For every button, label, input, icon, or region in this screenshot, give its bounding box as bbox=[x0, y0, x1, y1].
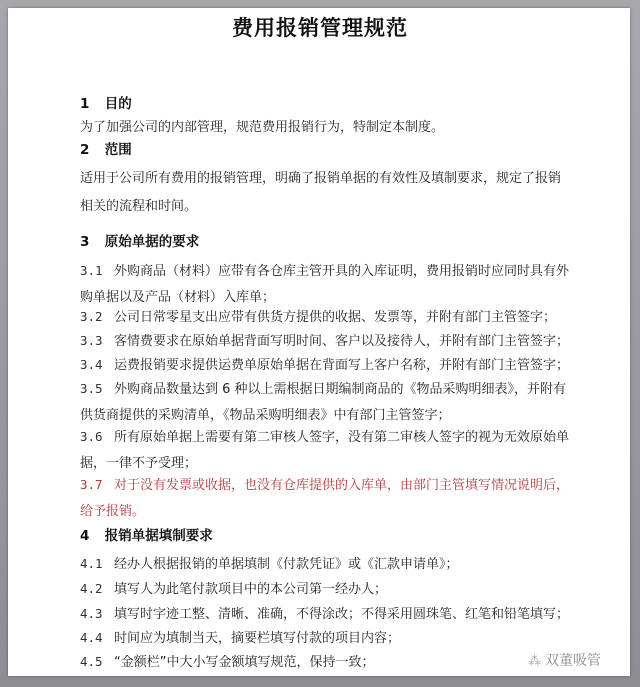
section-title: 范围 bbox=[105, 142, 132, 158]
section-title: 报销单据填制要求 bbox=[105, 528, 213, 544]
item-text: 客情费要求在原始单据背面写明时间、客户以及接待人，并附有部门主管签字； bbox=[114, 334, 569, 349]
item-number: 4.4 bbox=[80, 625, 114, 651]
item-number: 4.1 bbox=[80, 551, 114, 577]
item-text: 外购商品（材料）应带有各仓库主管开具的入库证明，费用报销时应同时具有外购单据以及… bbox=[80, 264, 569, 305]
item-number: 3.7 bbox=[80, 472, 114, 498]
document-title: 费用报销管理规范 bbox=[0, 12, 640, 42]
item-text: 经办人根据报销的单据填制《付款凭证》或《汇款申请单》； bbox=[114, 557, 459, 572]
section-heading-2: 2 范围 bbox=[80, 138, 132, 158]
item-text: 所有原始单据上需要有第二审核人签字，没有第二审核人签字的视为无效原始单据，一律不… bbox=[80, 430, 569, 471]
list-item-3-4: 3.4运费报销要求提供运费单原始单据在背面写上客户名称，并附有部门主管签字； bbox=[80, 352, 570, 379]
item-number: 3.4 bbox=[80, 352, 114, 378]
list-item-3-2: 3.2公司日常零星支出应带有供货方提供的收据、发票等，并附有部门主管签字； bbox=[80, 304, 570, 331]
section-title: 原始单据的要求 bbox=[105, 234, 200, 250]
list-item-3-5: 3.5外购商品数量达到 6 种以上需根据日期编制商品的《物品采购明细表》，并附有… bbox=[80, 376, 570, 429]
section-body-1: 为了加强公司的内部管理，规范费用报销行为，特制定本制度。 bbox=[80, 98, 570, 158]
watermark: ⁂双董吸管 bbox=[528, 650, 601, 670]
item-number: 3.6 bbox=[80, 424, 114, 450]
item-text: “金额栏”中大小写金额填写规范，保持一致； bbox=[114, 655, 374, 670]
wechat-icon: ⁂ bbox=[528, 654, 541, 669]
list-item-3-3: 3.3客情费要求在原始单据背面写明时间、客户以及接待人，并附有部门主管签字； bbox=[80, 328, 570, 355]
section-heading-3: 3 原始单据的要求 bbox=[80, 230, 199, 250]
section-number: 2 bbox=[80, 142, 100, 158]
item-number: 4.5 bbox=[80, 649, 114, 675]
item-number: 4.3 bbox=[80, 601, 114, 627]
item-number: 3.5 bbox=[80, 376, 114, 402]
section-number: 4 bbox=[80, 528, 100, 544]
item-text: 公司日常零星支出应带有供货方提供的收据、发票等，并附有部门主管签字； bbox=[114, 310, 556, 325]
item-text: 运费报销要求提供运费单原始单据在背面写上客户名称，并附有部门主管签字； bbox=[114, 358, 569, 373]
item-number: 3.3 bbox=[80, 328, 114, 354]
list-item-3-6: 3.6所有原始单据上需要有第二审核人签字，没有第二审核人签字的视为无效原始单据，… bbox=[80, 424, 570, 477]
item-number: 4.2 bbox=[80, 576, 114, 602]
item-number: 3.2 bbox=[80, 304, 114, 330]
list-item-4-2: 4.2填写人为此笔付款项目中的本公司第一经办人； bbox=[80, 576, 570, 603]
item-text: 填写人为此笔付款项目中的本公司第一经办人； bbox=[114, 582, 387, 597]
section-heading-4: 4 报销单据填制要求 bbox=[80, 524, 213, 544]
section-body-2: 适用于公司所有费用的报销管理，明确了报销单据的有效性及填制要求，规定了报销相关的… bbox=[80, 165, 570, 221]
list-item-4-3: 4.3填写时字迹工整、清晰、准确，不得涂改；不得采用圆珠笔、红笔和铅笔填写； bbox=[80, 601, 570, 628]
watermark-text: 双董吸管 bbox=[545, 653, 601, 669]
list-item-4-5: 4.5“金额栏”中大小写金额填写规范，保持一致； bbox=[80, 649, 570, 676]
item-text: 对于没有发票或收据，也没有仓库提供的入库单，由部门主管填写情况说明后，给予报销。 bbox=[80, 478, 569, 519]
item-text: 外购商品数量达到 6 种以上需根据日期编制商品的《物品采购明细表》，并附有供货商… bbox=[80, 382, 566, 423]
item-text: 填写时字迹工整、清晰、准确，不得涂改；不得采用圆珠笔、红笔和铅笔填写； bbox=[114, 607, 569, 622]
item-text: 时间应为填制当天，摘要栏填写付款的项目内容； bbox=[114, 631, 400, 646]
list-item-4-4: 4.4时间应为填制当天，摘要栏填写付款的项目内容； bbox=[80, 625, 570, 652]
item-number: 3.1 bbox=[80, 258, 114, 284]
list-item-4-1: 4.1经办人根据报销的单据填制《付款凭证》或《汇款申请单》； bbox=[80, 551, 570, 578]
section-number: 3 bbox=[80, 234, 100, 250]
list-item-3-7-highlighted: 3.7对于没有发票或收据，也没有仓库提供的入库单，由部门主管填写情况说明后，给予… bbox=[80, 472, 570, 525]
